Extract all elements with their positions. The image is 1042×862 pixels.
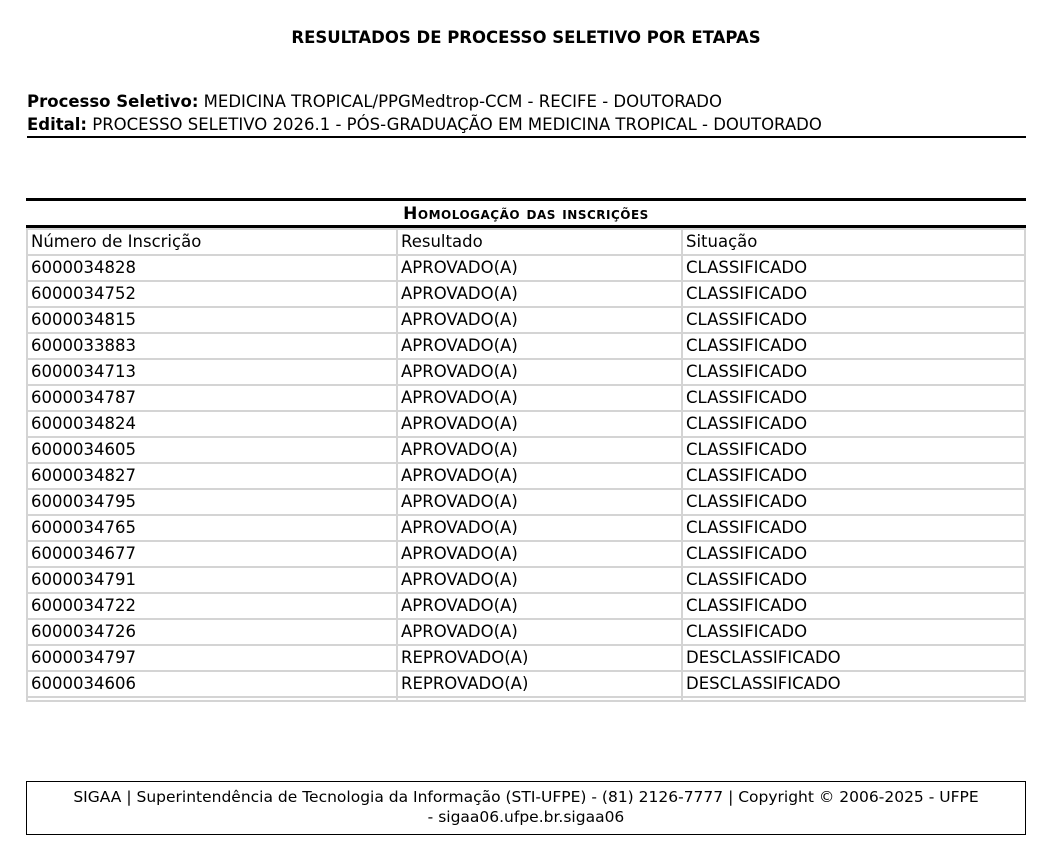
cell-numero-inscricao: 6000034791 [27,567,397,593]
table-spacer-row [27,697,1025,701]
cell-resultado: APROVADO(A) [397,567,682,593]
table-row: 6000033883APROVADO(A)CLASSIFICADO [27,333,1025,359]
cell-situacao: CLASSIFICADO [682,333,1025,359]
cell-numero-inscricao: 6000034797 [27,645,397,671]
table-body: 6000034828APROVADO(A)CLASSIFICADO6000034… [27,255,1025,701]
cell-resultado: APROVADO(A) [397,437,682,463]
cell-resultado: APROVADO(A) [397,359,682,385]
header-resultado: Resultado [397,229,682,255]
cell-situacao: CLASSIFICADO [682,385,1025,411]
cell-situacao: CLASSIFICADO [682,541,1025,567]
cell-resultado: APROVADO(A) [397,385,682,411]
cell-situacao: CLASSIFICADO [682,489,1025,515]
table-row: 6000034791APROVADO(A)CLASSIFICADO [27,567,1025,593]
table-row: 6000034827APROVADO(A)CLASSIFICADO [27,463,1025,489]
table-row: 6000034824APROVADO(A)CLASSIFICADO [27,411,1025,437]
cell-situacao: CLASSIFICADO [682,593,1025,619]
edital-value: PROCESSO SELETIVO 2026.1 - PÓS-GRADUAÇÃO… [87,115,822,134]
table-row: 6000034815APROVADO(A)CLASSIFICADO [27,307,1025,333]
table-row: 6000034787APROVADO(A)CLASSIFICADO [27,385,1025,411]
cell-resultado: APROVADO(A) [397,281,682,307]
footer-line-1: SIGAA | Superintendência de Tecnologia d… [27,787,1025,807]
table-header-row: Número de Inscrição Resultado Situação [27,229,1025,255]
cell-situacao: CLASSIFICADO [682,411,1025,437]
table-row: 6000034828APROVADO(A)CLASSIFICADO [27,255,1025,281]
table-row: 6000034752APROVADO(A)CLASSIFICADO [27,281,1025,307]
results-table: Homologação das inscrições Número de Ins… [26,198,1026,702]
cell-situacao: CLASSIFICADO [682,515,1025,541]
table-row: 6000034722APROVADO(A)CLASSIFICADO [27,593,1025,619]
cell-resultado: APROVADO(A) [397,489,682,515]
cell-numero-inscricao: 6000034824 [27,411,397,437]
cell-resultado: APROVADO(A) [397,619,682,645]
cell-numero-inscricao: 6000034606 [27,671,397,697]
header-situacao: Situação [682,229,1025,255]
cell-situacao: DESCLASSIFICADO [682,645,1025,671]
cell-resultado: REPROVADO(A) [397,671,682,697]
cell-resultado: APROVADO(A) [397,255,682,281]
cell-numero-inscricao: 6000034828 [27,255,397,281]
table-row: 6000034795APROVADO(A)CLASSIFICADO [27,489,1025,515]
spacer-cell [397,697,682,701]
cell-resultado: APROVADO(A) [397,515,682,541]
table-caption: Homologação das inscrições [26,198,1026,228]
page-title: RESULTADOS DE PROCESSO SELETIVO POR ETAP… [0,28,1042,47]
cell-numero-inscricao: 6000034677 [27,541,397,567]
cell-situacao: CLASSIFICADO [682,567,1025,593]
cell-situacao: CLASSIFICADO [682,281,1025,307]
cell-numero-inscricao: 6000034752 [27,281,397,307]
table-row: 6000034677APROVADO(A)CLASSIFICADO [27,541,1025,567]
table-row: 6000034713APROVADO(A)CLASSIFICADO [27,359,1025,385]
edital-label: Edital: [27,115,87,134]
table-row: 6000034726APROVADO(A)CLASSIFICADO [27,619,1025,645]
results-table-container: Homologação das inscrições Número de Ins… [26,198,1026,702]
spacer-cell [682,697,1025,701]
cell-situacao: DESCLASSIFICADO [682,671,1025,697]
process-info: Processo Seletivo: MEDICINA TROPICAL/PPG… [27,90,1026,138]
table-row: 6000034797REPROVADO(A)DESCLASSIFICADO [27,645,1025,671]
processo-seletivo-line: Processo Seletivo: MEDICINA TROPICAL/PPG… [27,90,1026,113]
cell-resultado: APROVADO(A) [397,307,682,333]
cell-situacao: CLASSIFICADO [682,437,1025,463]
table-row: 6000034605APROVADO(A)CLASSIFICADO [27,437,1025,463]
cell-resultado: APROVADO(A) [397,463,682,489]
cell-numero-inscricao: 6000033883 [27,333,397,359]
footer-line-2: - sigaa06.ufpe.br.sigaa06 [27,807,1025,827]
cell-numero-inscricao: 6000034726 [27,619,397,645]
cell-resultado: REPROVADO(A) [397,645,682,671]
cell-resultado: APROVADO(A) [397,411,682,437]
cell-situacao: CLASSIFICADO [682,619,1025,645]
table-row: 6000034765APROVADO(A)CLASSIFICADO [27,515,1025,541]
footer: SIGAA | Superintendência de Tecnologia d… [26,781,1026,835]
spacer-cell [27,697,397,701]
cell-numero-inscricao: 6000034605 [27,437,397,463]
cell-numero-inscricao: 6000034765 [27,515,397,541]
cell-situacao: CLASSIFICADO [682,307,1025,333]
header-numero-inscricao: Número de Inscrição [27,229,397,255]
cell-numero-inscricao: 6000034827 [27,463,397,489]
cell-resultado: APROVADO(A) [397,333,682,359]
processo-seletivo-value: MEDICINA TROPICAL/PPGMedtrop-CCM - RECIF… [198,92,722,111]
cell-numero-inscricao: 6000034722 [27,593,397,619]
cell-situacao: CLASSIFICADO [682,463,1025,489]
cell-situacao: CLASSIFICADO [682,255,1025,281]
cell-resultado: APROVADO(A) [397,593,682,619]
edital-line: Edital: PROCESSO SELETIVO 2026.1 - PÓS-G… [27,113,1026,136]
cell-numero-inscricao: 6000034815 [27,307,397,333]
table-row: 6000034606REPROVADO(A)DESCLASSIFICADO [27,671,1025,697]
cell-resultado: APROVADO(A) [397,541,682,567]
cell-numero-inscricao: 6000034795 [27,489,397,515]
processo-seletivo-label: Processo Seletivo: [27,92,198,111]
cell-numero-inscricao: 6000034787 [27,385,397,411]
cell-numero-inscricao: 6000034713 [27,359,397,385]
cell-situacao: CLASSIFICADO [682,359,1025,385]
